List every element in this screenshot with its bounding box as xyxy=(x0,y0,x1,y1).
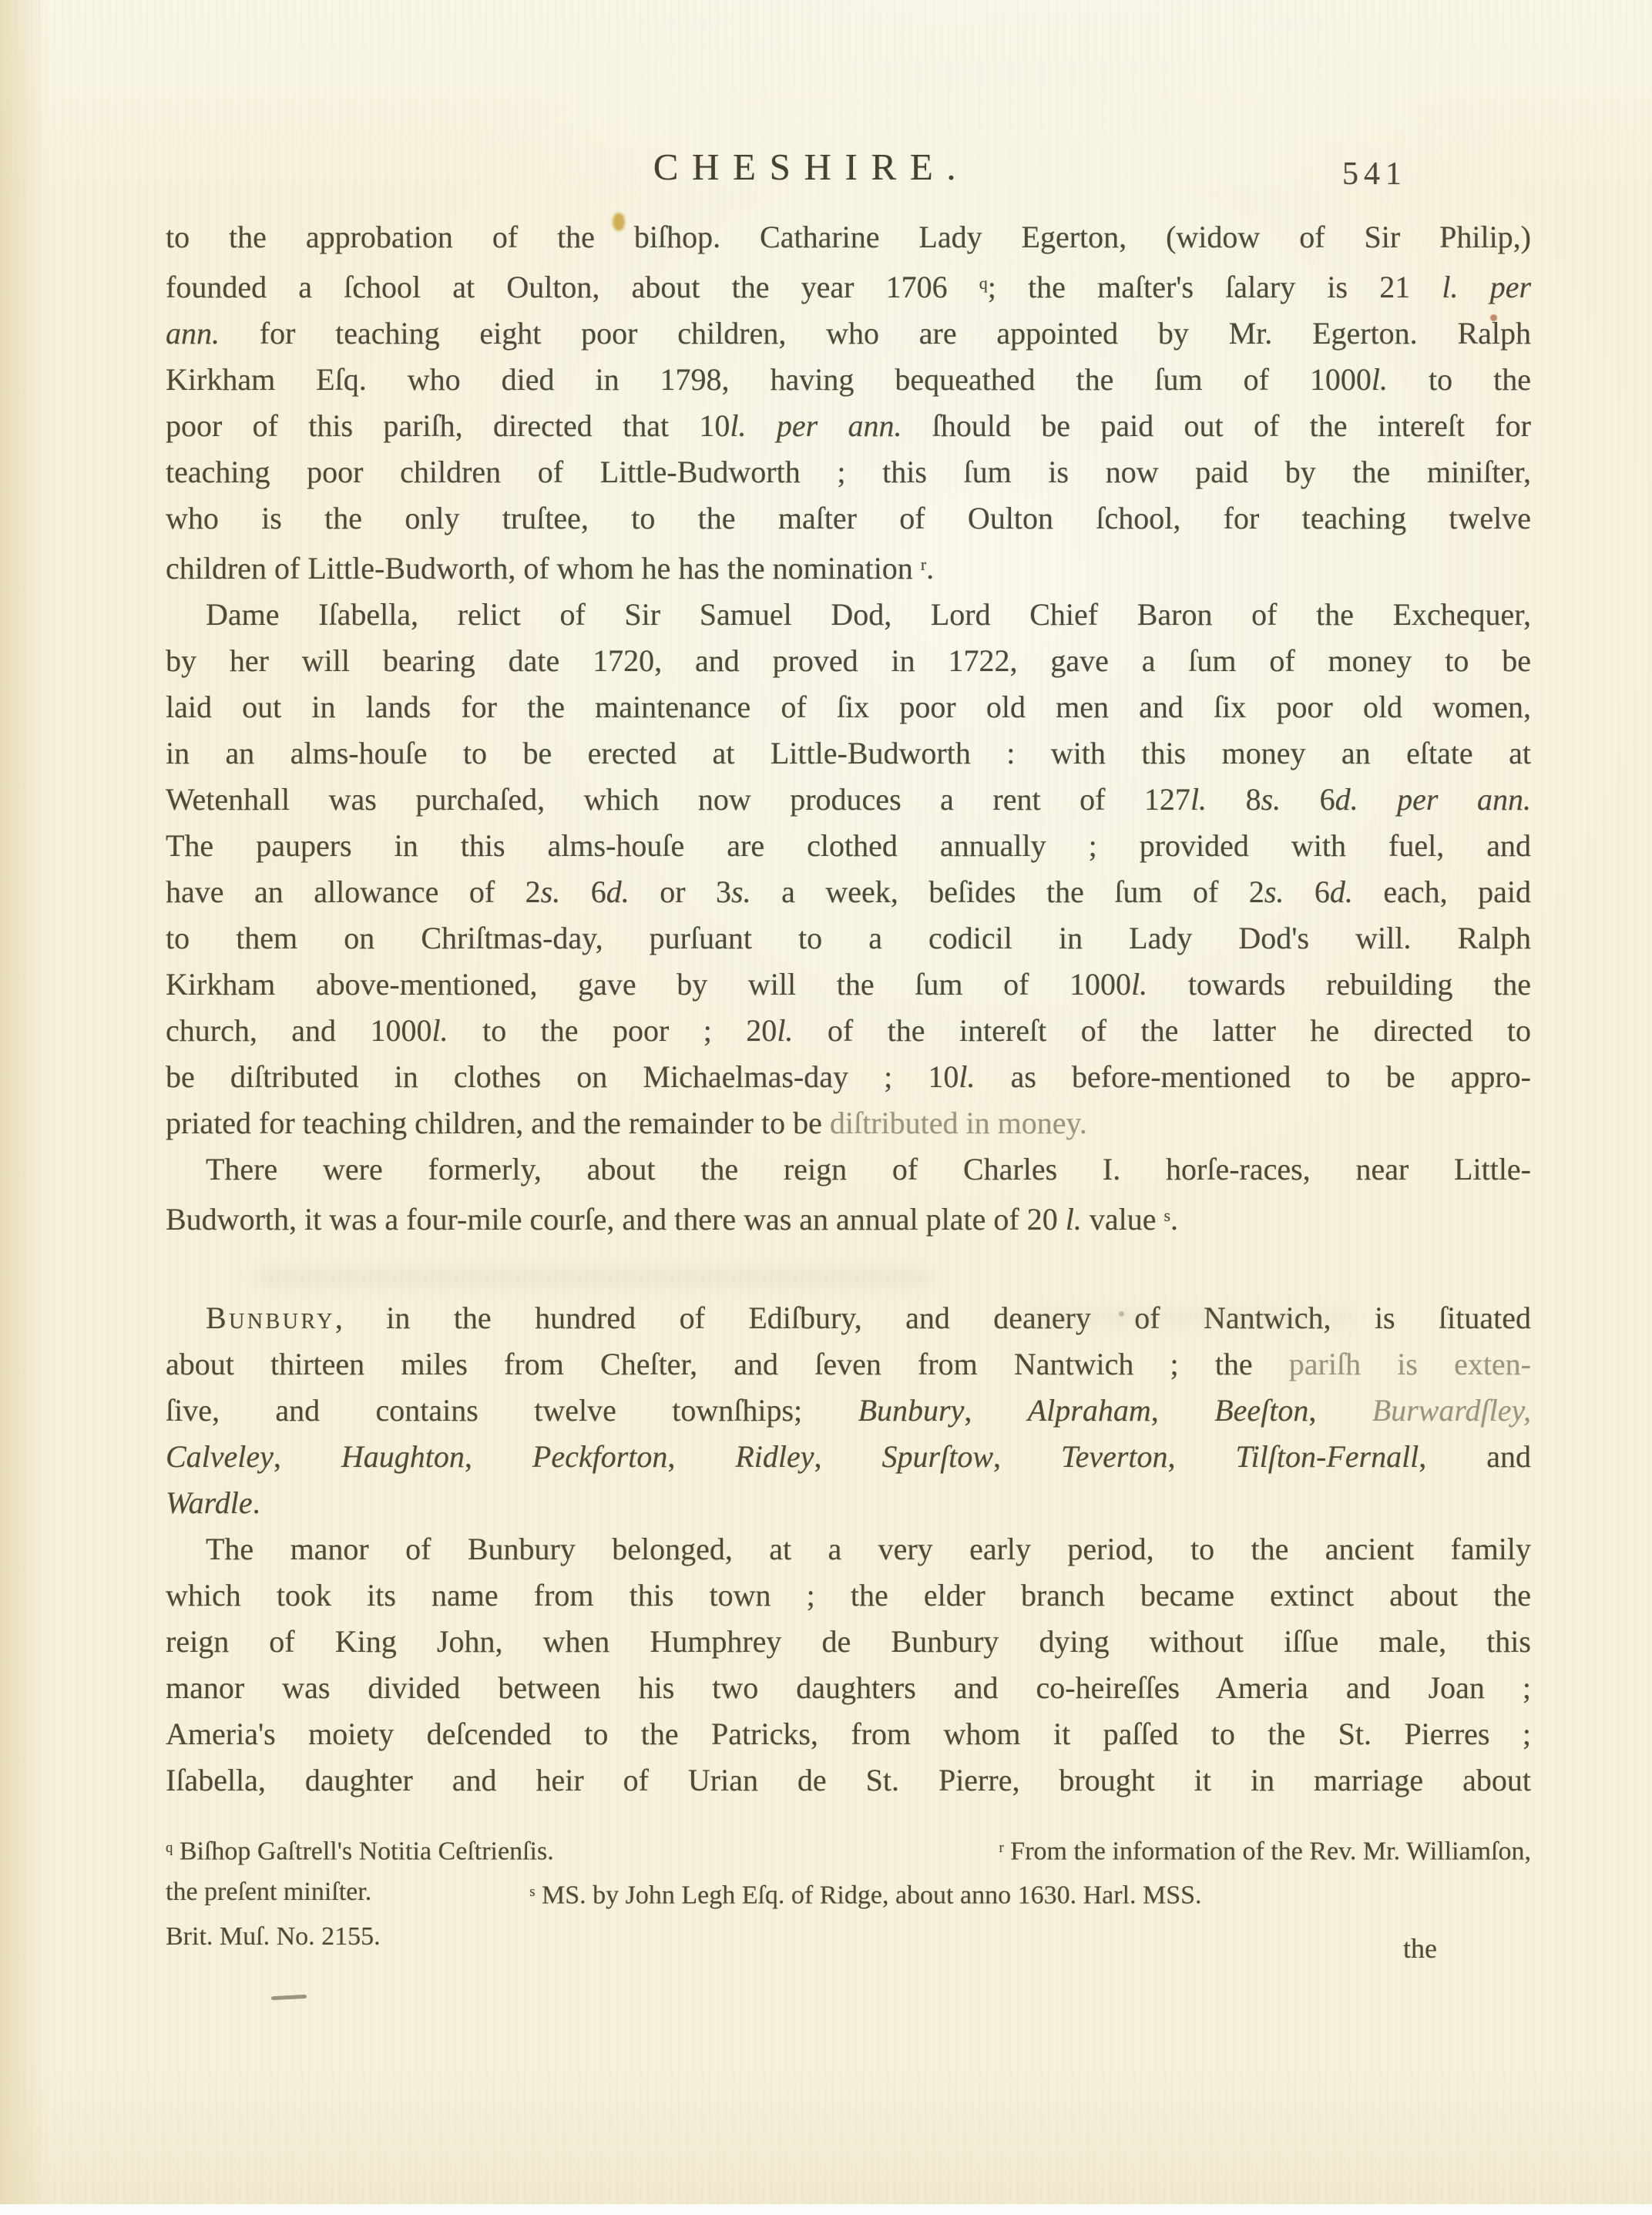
text-line: There were formerly, about the reign of … xyxy=(166,1146,1531,1193)
text-segment: the preſent miniſter. xyxy=(166,1878,371,1906)
page-title: CHESHIRE. xyxy=(653,146,970,188)
text-line: who is the only truſtee, to the maſter o… xyxy=(166,495,1531,542)
text-segment: be diſtributed in clothes on Michaelmas-… xyxy=(166,1059,959,1094)
text-segment: , xyxy=(465,1439,532,1474)
text-segment: From the information of the Rev. Mr. Wil… xyxy=(1004,1837,1531,1865)
text-segment: d. per ann. xyxy=(1335,782,1531,817)
text-segment: Ameria's moiety deſcended to the Patrick… xyxy=(166,1717,1531,1751)
text-line: which took its name from this town ; the… xyxy=(166,1572,1531,1619)
footnote-marker: q xyxy=(166,1840,173,1856)
text-segment: as before-mentioned to be appro- xyxy=(975,1059,1531,1094)
text-segment: Budworth, it was a four-mile courſe, and… xyxy=(166,1202,1066,1237)
text-segment: l. xyxy=(777,1013,793,1048)
text-segment: reign of King John, when Humphrey de Bun… xyxy=(166,1624,1531,1659)
text-line: reign of King John, when Humphrey de Bun… xyxy=(166,1619,1531,1665)
catchword: the xyxy=(1403,1933,1437,1964)
paper-speck xyxy=(1490,314,1497,321)
text-segment: towards rebuilding the xyxy=(1147,967,1531,1002)
text-segment: , and xyxy=(1419,1439,1531,1474)
text-segment: priated for teaching children, and the r… xyxy=(166,1106,830,1140)
text-segment: Burwardſley, xyxy=(1372,1393,1531,1428)
text-segment: to the xyxy=(1388,362,1531,397)
text-segment: to them on Chriſtmas-day, purſuant to a … xyxy=(166,921,1531,955)
paragraph: Dame Iſabella, relict of Sir Samuel Dod,… xyxy=(166,592,1531,1146)
text-segment: , xyxy=(993,1439,1061,1474)
text-line: about thirteen miles from Cheſter, and ſ… xyxy=(166,1341,1531,1388)
footnote-row: the preſent miniſter.s MS. by John Legh … xyxy=(166,1871,1531,1915)
text-segment: in an alms-houſe to be erected at Little… xyxy=(166,736,1531,770)
text-segment: Bunbury xyxy=(206,1300,335,1335)
text-line: The paupers in this alms-houſe are cloth… xyxy=(166,823,1531,869)
text-segment: Ridley xyxy=(735,1439,814,1474)
text-segment: ; the maſter's ſalary is 21 xyxy=(988,270,1442,304)
text-line: Iſabella, daughter and heir of Urian de … xyxy=(166,1757,1531,1804)
text-line: laid out in lands for the maintenance of… xyxy=(166,684,1531,730)
text-segment: Kirkham Eſq. who died in 1798, having be… xyxy=(166,362,1372,397)
text-line: The manor of Bunbury belonged, at a very… xyxy=(166,1526,1531,1572)
text-segment: l. xyxy=(1066,1202,1082,1237)
text-line: Kirkham Eſq. who died in 1798, having be… xyxy=(166,357,1531,403)
text-segment: church, and 1000 xyxy=(166,1013,432,1048)
text-line: Dame Iſabella, relict of Sir Samuel Dod,… xyxy=(166,592,1531,638)
text-segment: who is the only truſtee, to the maſter o… xyxy=(166,501,1531,535)
text-segment: by her will bearing date 1720, and prove… xyxy=(166,643,1531,678)
footnote: q Biſhop Gaſtrell's Notitia Ceſtrienſis. xyxy=(166,1827,554,1871)
catchword-row: the xyxy=(166,1932,1531,1965)
text-line: Ameria's moiety deſcended to the Patrick… xyxy=(166,1711,1531,1757)
text-segment: d. xyxy=(606,874,630,909)
text-segment: each, paid xyxy=(1353,874,1531,909)
pen-mark xyxy=(271,1995,307,2000)
text-segment: about thirteen miles from Cheſter, and ſ… xyxy=(166,1347,1289,1381)
text-line: church, and 1000l. to the poor ; 20l. of… xyxy=(166,1008,1531,1054)
text-line: Wardle. xyxy=(166,1480,1531,1526)
text-line: ſive, and contains twelve townſhips; Bun… xyxy=(166,1388,1531,1434)
showthrough-mark xyxy=(1025,1310,1356,1325)
text-segment: pariſh is exten- xyxy=(1289,1347,1531,1381)
paragraph: to the approbation of the biſhop. Cathar… xyxy=(166,214,1531,592)
text-segment: Beeſton xyxy=(1214,1393,1308,1428)
text-segment: poor of this pariſh, directed that 10 xyxy=(166,408,730,443)
text-segment: for teaching eight poor children, who ar… xyxy=(220,316,1531,351)
text-segment: , xyxy=(814,1439,882,1474)
text-segment: , xyxy=(1168,1439,1236,1474)
text-segment: s. xyxy=(1261,782,1281,817)
text-segment: Tilſton-Fernall xyxy=(1236,1439,1419,1474)
text-segment: 8 xyxy=(1207,782,1261,817)
text-segment: laid out in lands for the maintenance of… xyxy=(166,690,1531,724)
text-line: to them on Chriſtmas-day, purſuant to a … xyxy=(166,915,1531,962)
text-segment: Dame Iſabella, relict of Sir Samuel Dod,… xyxy=(206,597,1531,632)
text-segment: manor was divided between his two daught… xyxy=(166,1670,1531,1705)
text-segment: Wetenhall was purchaſed, which now produ… xyxy=(166,782,1190,817)
text-line: priated for teaching children, and the r… xyxy=(166,1100,1531,1146)
text-line: Wetenhall was purchaſed, which now produ… xyxy=(166,777,1531,823)
text-segment: s. xyxy=(1264,874,1284,909)
footnote-row: q Biſhop Gaſtrell's Notitia Ceſtrienſis.… xyxy=(166,1827,1531,1871)
text-line: in an alms-houſe to be erected at Little… xyxy=(166,730,1531,777)
book-page: CHESHIRE. 541 to the approbation of the … xyxy=(0,0,1652,2215)
text-segment: have an allowance of 2 xyxy=(166,874,541,909)
scan-edge xyxy=(0,2204,1652,2215)
text-segment: The paupers in this alms-houſe are cloth… xyxy=(166,828,1531,863)
footnote: the preſent miniſter. xyxy=(166,1871,371,1915)
text-segment: Kirkham above-mentioned, gave by will th… xyxy=(166,967,1131,1002)
paragraph: Bunbury, in the hundred of Ediſbury, and… xyxy=(166,1295,1531,1526)
text-segment: Bunbury xyxy=(858,1393,965,1428)
text-line: to the approbation of the biſhop. Cathar… xyxy=(166,214,1531,260)
text-line: manor was divided between his two daught… xyxy=(166,1665,1531,1711)
text-segment: teaching poor children of Little-Budwort… xyxy=(166,455,1531,489)
text-segment: Iſabella, daughter and heir of Urian de … xyxy=(166,1763,1531,1797)
text-segment: of the intereſt of the latter he directe… xyxy=(793,1013,1531,1048)
text-segment: 6 xyxy=(560,874,606,909)
text-segment: l. xyxy=(1131,967,1147,1002)
text-segment: Peckforton xyxy=(532,1439,668,1474)
text-segment: MS. by John Legh Eſq. of Ridge, about an… xyxy=(535,1881,1201,1910)
text-segment: Spurſtow xyxy=(882,1439,993,1474)
text-segment: or 3 xyxy=(630,874,731,909)
text-segment: . xyxy=(253,1485,260,1520)
footnote-marker: s xyxy=(1163,1206,1170,1225)
text-segment: diſtributed in money. xyxy=(830,1106,1087,1140)
text-segment: a week, beſides the ſum of 2 xyxy=(751,874,1264,909)
text-segment: ſive, and contains twelve townſhips; xyxy=(166,1393,858,1428)
text-line: Budworth, it was a four-mile courſe, and… xyxy=(166,1193,1531,1243)
text-segment: l. per xyxy=(1442,270,1531,304)
text-line: ann. for teaching eight poor children, w… xyxy=(166,310,1531,357)
text-segment: l. xyxy=(432,1013,448,1048)
paragraph: There were formerly, about the reign of … xyxy=(166,1146,1531,1243)
text-segment: . xyxy=(926,551,934,586)
text-segment: Wardle xyxy=(166,1485,253,1520)
text-segment: s. xyxy=(541,874,561,909)
page-number: 541 xyxy=(1342,156,1407,193)
text-segment: , xyxy=(964,1393,1027,1428)
text-line: poor of this pariſh, directed that 10l. … xyxy=(166,403,1531,449)
text-segment: l. xyxy=(1372,362,1388,397)
text-line: be diſtributed in clothes on Michaelmas-… xyxy=(166,1054,1531,1100)
footnote: s MS. by John Legh Eſq. of Ridge, about … xyxy=(529,1871,1201,1915)
text-segment: children of Little-Budworth, of whom he … xyxy=(166,551,921,586)
text-line: founded a ſchool at Oulton, about the ye… xyxy=(166,260,1531,310)
footnote-marker: q xyxy=(979,274,988,293)
text-segment: , xyxy=(274,1439,341,1474)
text-segment: , xyxy=(1151,1393,1214,1428)
text-segment: which took its name from this town ; the… xyxy=(166,1578,1531,1613)
text-segment: l. per ann. xyxy=(730,408,902,443)
text-segment: Biſhop Gaſtrell's Notitia Ceſtrienſis. xyxy=(173,1837,553,1865)
text-segment: ann. xyxy=(166,316,220,351)
text-line: teaching poor children of Little-Budwort… xyxy=(166,449,1531,495)
text-segment: d. xyxy=(1330,874,1353,909)
text-segment: founded a ſchool at Oulton, about the ye… xyxy=(166,270,979,304)
text-segment: The manor of Bunbury belonged, at a very… xyxy=(206,1532,1531,1566)
text-line: by her will bearing date 1720, and prove… xyxy=(166,638,1531,684)
text-segment: 6 xyxy=(1284,874,1329,909)
text-line: have an allowance of 2s. 6d. or 3s. a we… xyxy=(166,869,1531,915)
text-segment: Alpraham xyxy=(1028,1393,1151,1428)
text-segment: Calveley xyxy=(166,1439,274,1474)
paper-stain xyxy=(613,213,625,231)
text-segment: s. xyxy=(731,874,751,909)
text-segment: ſhould be paid out of the intereſt for xyxy=(902,408,1531,443)
showthrough-mark xyxy=(254,1270,932,1287)
text-segment: 6 xyxy=(1281,782,1335,817)
footnote: r From the information of the Rev. Mr. W… xyxy=(999,1827,1531,1871)
text-line: Kirkham above-mentioned, gave by will th… xyxy=(166,962,1531,1008)
text-segment: , xyxy=(1308,1393,1372,1428)
text-segment: value xyxy=(1082,1202,1164,1237)
text-segment: to the approbation of the biſhop. Cathar… xyxy=(166,220,1531,254)
text-segment: l. xyxy=(959,1059,975,1094)
text-segment: There were formerly, about the reign of … xyxy=(206,1152,1531,1186)
text-segment: Teverton xyxy=(1061,1439,1168,1474)
text-segment: to the poor ; 20 xyxy=(448,1013,777,1048)
text-segment: Haughton xyxy=(341,1439,465,1474)
text-segment: , xyxy=(667,1439,735,1474)
text-line: Calveley, Haughton, Peckforton, Ridley, … xyxy=(166,1434,1531,1480)
body-text: to the approbation of the biſhop. Cathar… xyxy=(166,214,1531,1804)
text-segment: . xyxy=(1170,1202,1178,1237)
paragraph: The manor of Bunbury belonged, at a very… xyxy=(166,1526,1531,1804)
text-line: children of Little-Budworth, of whom he … xyxy=(166,542,1531,592)
text-segment: l. xyxy=(1190,782,1207,817)
